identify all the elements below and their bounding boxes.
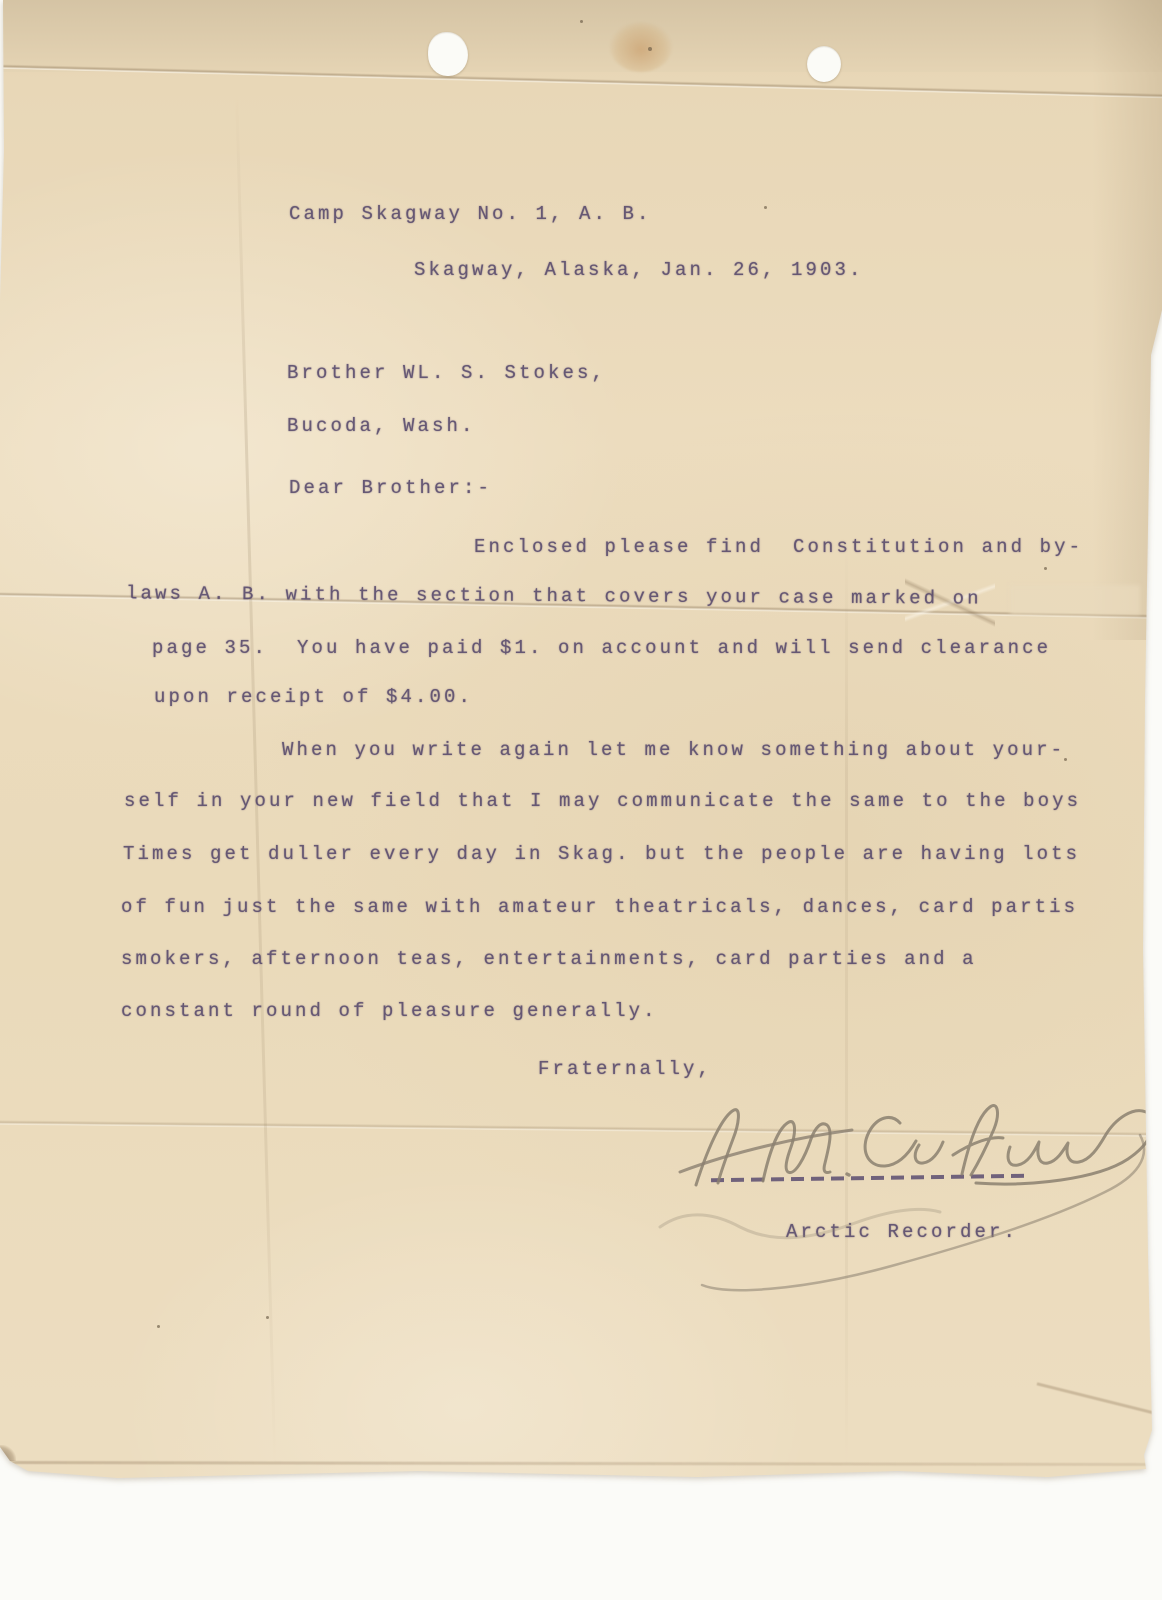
- punch-hole-left: [428, 32, 468, 76]
- ink-speck: [1044, 567, 1047, 570]
- stain-spot: [610, 22, 672, 72]
- ink-speck: [580, 20, 583, 23]
- recipient-address-line: Bucoda, Wash.: [287, 415, 476, 437]
- letterhead-dateline: Skagway, Alaska, Jan. 26, 1903.: [414, 259, 864, 281]
- punch-hole-right: [807, 46, 841, 82]
- ink-speck: [648, 47, 652, 51]
- vertical-crease-left: [235, 90, 277, 1470]
- body-line: upon receipt of $4.00.: [154, 686, 473, 708]
- bottom-left-tear: [0, 1445, 16, 1461]
- top-fold-shading: [0, 0, 1162, 72]
- right-edge-shading: [1092, 0, 1162, 640]
- body-line: Times get duller every day in Skag. but …: [123, 843, 1080, 865]
- paper-wrap: Camp Skagway No. 1, A. B. Skagway, Alask…: [0, 0, 1162, 1600]
- ink-speck: [266, 1316, 269, 1319]
- body-line: smokers, afternoon teas, entertainments,…: [121, 948, 977, 970]
- recipient-name-line: Brother WL. S. Stokes,: [287, 362, 606, 384]
- ink-speck: [764, 206, 767, 209]
- letterhead-org-line: Camp Skagway No. 1, A. B.: [289, 203, 652, 225]
- body-line: constant round of pleasure generally.: [121, 1000, 658, 1022]
- handwritten-signature: [600, 1075, 1162, 1375]
- body-line: Enclosed please find Constitution and by…: [474, 536, 1083, 558]
- body-line: When you write again let me know somethi…: [282, 739, 1065, 761]
- ink-speck: [157, 1325, 160, 1328]
- body-line: page 35. You have paid $1. on account an…: [152, 637, 1051, 659]
- body-line: laws A. B. with the section that covers …: [126, 582, 982, 609]
- letter-paper: Camp Skagway No. 1, A. B. Skagway, Alask…: [0, 0, 1162, 1600]
- salutation: Dear Brother:-: [289, 477, 492, 499]
- scanned-letter-page: { "page": { "kind": "scanned typewritten…: [0, 0, 1162, 1600]
- body-line: self in your new field that I may commun…: [124, 790, 1081, 812]
- fold-fade-patch: [1010, 585, 1140, 615]
- bottom-edge-shadow: [0, 1461, 1150, 1466]
- bottom-right-corner-fold: [1037, 1382, 1162, 1416]
- body-line: of fun just the same with amateur theatr…: [121, 896, 1078, 918]
